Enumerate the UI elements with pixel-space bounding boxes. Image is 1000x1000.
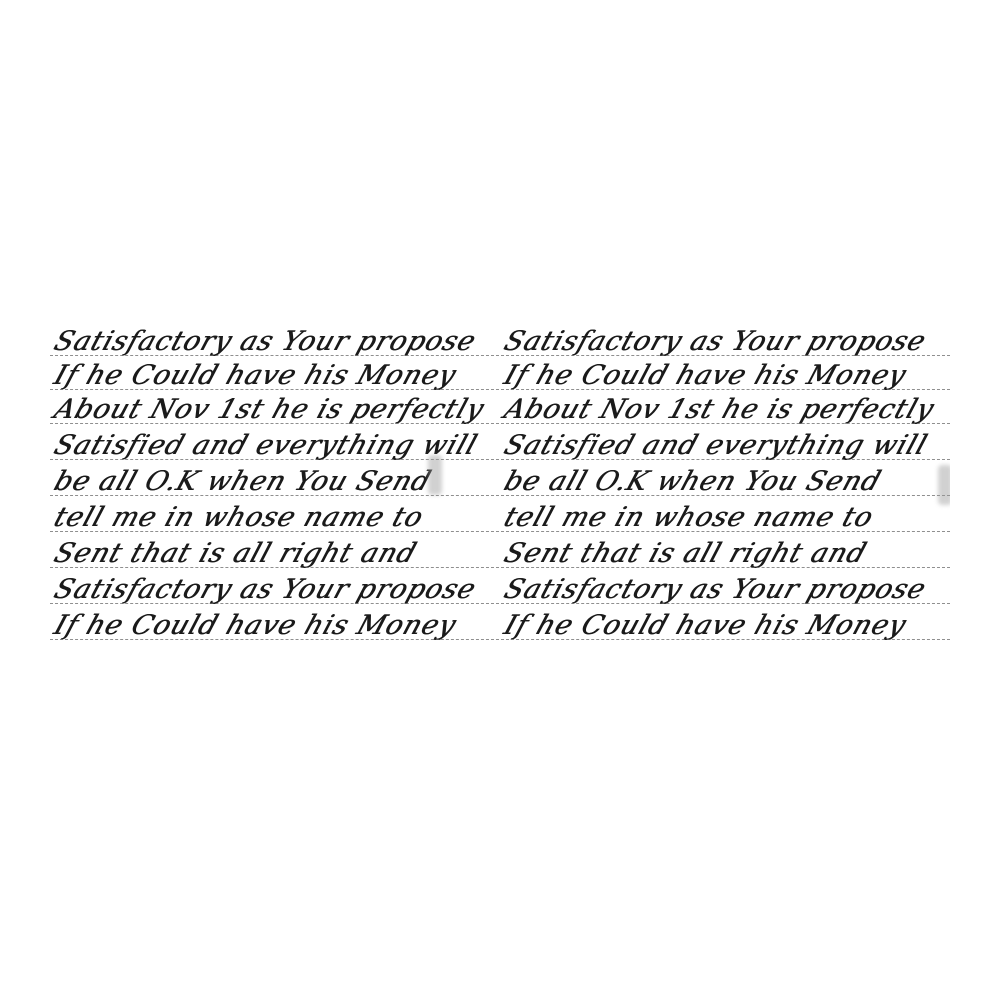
- script-text-repeat: Sent that is all right and: [500, 538, 871, 569]
- handwriting-pattern-strip: Satisfactory as Your propose Satisfactor…: [50, 325, 950, 670]
- script-line: Satisfactory as Your propose Satisfactor…: [50, 573, 950, 607]
- script-text: Satisfactory as Your propose: [50, 326, 480, 357]
- script-line: tell me in whose name to tell me in whos…: [50, 501, 950, 535]
- script-text: Satisfied and everything will: [50, 430, 481, 461]
- ruled-line: [50, 639, 950, 640]
- script-text-repeat: If he Could have his Money: [500, 360, 910, 391]
- ruled-line: [50, 603, 950, 604]
- script-text-repeat: be all O.K when You Send: [500, 466, 885, 497]
- ruled-line: [50, 423, 950, 424]
- ruled-line: [50, 495, 950, 496]
- script-text-repeat: tell me in whose name to: [500, 502, 877, 533]
- script-line: If he Could have his Money If he Could h…: [50, 609, 950, 643]
- script-text: Satisfactory as Your propose: [50, 574, 480, 605]
- script-text: If he Could have his Money: [50, 360, 460, 391]
- script-line: About Nov 1st he is perfectly About Nov …: [50, 393, 950, 427]
- ruled-line: [50, 567, 950, 568]
- script-text: Sent that is all right and: [50, 538, 421, 569]
- script-text-repeat: About Nov 1st he is perfectly: [500, 394, 938, 425]
- script-text-repeat: Satisfactory as Your propose: [500, 326, 930, 357]
- script-line: Satisfied and everything will Satisfied …: [50, 429, 950, 463]
- ruled-line: [50, 531, 950, 532]
- ruled-line: [50, 355, 950, 356]
- script-text: If he Could have his Money: [50, 610, 460, 641]
- script-text-repeat: If he Could have his Money: [500, 610, 910, 641]
- script-text: be all O.K when You Send: [50, 466, 435, 497]
- script-line: be all O.K when You Send be all O.K when…: [50, 465, 950, 499]
- ink-smudge: [938, 465, 950, 505]
- script-text-repeat: Satisfactory as Your propose: [500, 574, 930, 605]
- script-line: If he Could have his Money If he Could h…: [50, 359, 950, 393]
- ink-smudge: [428, 455, 442, 495]
- script-text-repeat: Satisfied and everything will: [500, 430, 931, 461]
- ruled-line: [50, 459, 950, 460]
- script-text: tell me in whose name to: [50, 502, 427, 533]
- ruled-line: [50, 389, 950, 390]
- script-line: Sent that is all right and Sent that is …: [50, 537, 950, 571]
- script-text: About Nov 1st he is perfectly: [50, 394, 488, 425]
- script-line: Satisfactory as Your propose Satisfactor…: [50, 325, 950, 359]
